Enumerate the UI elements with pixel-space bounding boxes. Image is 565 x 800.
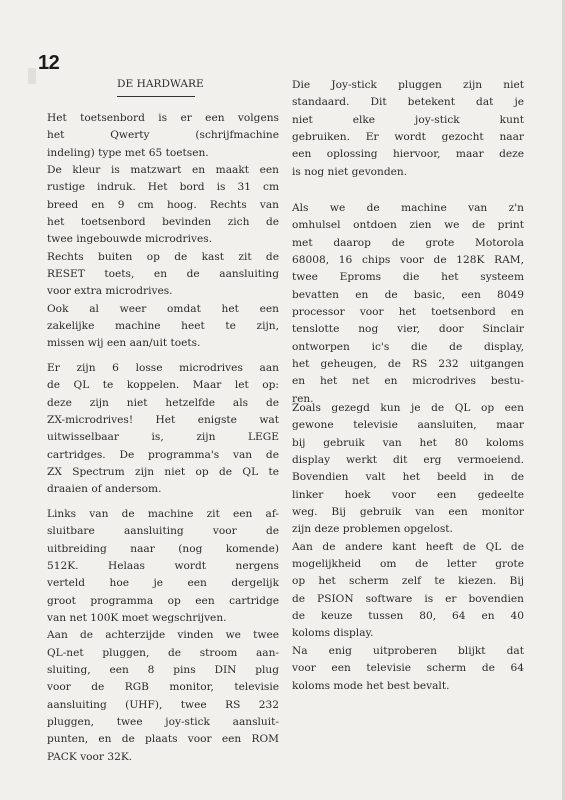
text-line: punten, en de plaats voor een ROM (47, 731, 279, 748)
text-line: twee ingebouwde microdrives. (47, 231, 279, 248)
text-line: aansluiting (UHF), twee RS 232 (47, 697, 279, 714)
paragraph-microdrives: Er zijn 6 losse microdrives aande QL te … (47, 360, 279, 499)
text-line: is nog niet gevonden. (292, 164, 524, 181)
text-line: sluitbare aansluiting voor de (47, 523, 279, 540)
paragraph-display: Zoals gezegd kun je de QL op eengewone t… (292, 400, 524, 695)
text-line: zakelijke machine heet te zijn, (47, 318, 279, 335)
paragraph-internals: Als we de machine van z'nomhulsel ontdoe… (292, 200, 524, 408)
text-line: met daarop de grote Motorola (292, 235, 524, 252)
text-line: het toetsenbord bevinden zich de (47, 214, 279, 231)
text-line: de PSION software is er bovendien (292, 591, 524, 608)
text-line: koloms mode het best bevalt. (292, 678, 524, 695)
text-line: voor de RGB monitor, televisie (47, 679, 279, 696)
text-line: Het toetsenbord is er een volgens (47, 110, 279, 127)
text-line: Links van de machine zit een af- (47, 506, 279, 523)
text-line: zijn deze problemen opgelost. (292, 521, 524, 538)
text-line: groot programma op een cartridge (47, 593, 279, 610)
text-line: linker hoek voor een gedeelte (292, 487, 524, 504)
paragraph-keyboard: Het toetsenbord is er een volgenshet Qwe… (47, 110, 279, 353)
text-line: gewone televisie aansluiten, maar (292, 417, 524, 434)
text-line: verteld hoe je een dergelijk (47, 575, 279, 592)
text-line: Aan de achterzijde vinden we twee (47, 627, 279, 644)
text-line: Na enig uitproberen blijkt dat (292, 643, 524, 660)
text-line: de QL te koppelen. Maar let op: (47, 377, 279, 394)
text-line: indeling) type met 65 toetsen. (47, 145, 279, 162)
text-line: sluiting, een 8 pins DIN plug (47, 662, 279, 679)
text-line: QL-net pluggen, de stroom aan- (47, 645, 279, 662)
text-line: Die Joy-stick pluggen zijn niet (292, 77, 524, 94)
text-line: en het net en microdrives bestu- (292, 373, 524, 390)
text-line: pluggen, twee joy-stick aansluit- (47, 714, 279, 731)
text-line: draaien of andersom. (47, 481, 279, 498)
text-line: 68008, 16 chips voor de 128K RAM, (292, 252, 524, 269)
text-line: standaard. Dit betekent dat je (292, 94, 524, 111)
page-number: 12 (38, 52, 59, 75)
scan-artifact (28, 68, 36, 84)
text-line: niet elke joy-stick kunt (292, 112, 524, 129)
text-line: processor voor het toetsenbord en (292, 304, 524, 321)
text-line: het Qwerty (schrijfmachine (47, 127, 279, 144)
text-line: het geheugen, de RS 232 uitgangen (292, 356, 524, 373)
text-line: breed en 9 cm hoog. Rechts van (47, 197, 279, 214)
text-line: Ook al weer omdat het een (47, 301, 279, 318)
text-line: uitbreiding naar (nog komende) (47, 541, 279, 558)
text-line: weg. Bij gebruik van een monitor (292, 504, 524, 521)
text-line: De kleur is matzwart en maakt een (47, 162, 279, 179)
text-line: deze zijn niet hetzelfde als de (47, 395, 279, 412)
text-line: Als we de machine van z'n (292, 200, 524, 217)
text-line: ZX-microdrives! Het enigste wat (47, 412, 279, 429)
text-line: Rechts buiten op de kast zit de (47, 249, 279, 266)
text-line: ontworpen ic's die de display, (292, 339, 524, 356)
text-line: tenslotte nog vier, door Sinclair (292, 321, 524, 338)
text-line: Zoals gezegd kun je de QL op een (292, 400, 524, 417)
text-line: de keuze tussen 80, 64 en 40 (292, 608, 524, 625)
text-line: 512K. Helaas wordt nergens (47, 558, 279, 575)
text-line: Bovendien valt het beeld in de (292, 469, 524, 486)
text-line: PACK voor 32K. (47, 749, 279, 766)
heading-underline (117, 96, 195, 97)
paragraph-connections: Links van de machine zit een af-sluitbar… (47, 506, 279, 766)
text-line: voor een televisie scherm de 64 (292, 660, 524, 677)
text-line: uitwisselbaar is, zijn LEGE (47, 429, 279, 446)
text-line: bij gebruik van het 80 koloms (292, 435, 524, 452)
text-line: gebruiken. Er wordt gezocht naar (292, 129, 524, 146)
text-line: cartridges. De programma's van de (47, 447, 279, 464)
text-line: rustige indruk. Het bord is 31 cm (47, 179, 279, 196)
text-line: twee Eproms die het systeem (292, 269, 524, 286)
text-line: koloms display. (292, 625, 524, 642)
text-line: een oplossing hiervoor, maar deze (292, 146, 524, 163)
text-line: ZX Spectrum zijn niet op de QL te (47, 464, 279, 481)
text-line: RESET toets, en de aansluiting (47, 266, 279, 283)
text-line: bevatten en de basic, een 8049 (292, 287, 524, 304)
text-line: display werkt dit erg vermoeiend. (292, 452, 524, 469)
text-line: Aan de andere kant heeft de QL de (292, 539, 524, 556)
section-heading: DE HARDWARE (117, 78, 204, 90)
text-line: voor extra microdrives. (47, 283, 279, 300)
text-line: van net 100K moet wegschrijven. (47, 610, 279, 627)
text-line: missen wij een aan/uit toets. (47, 335, 279, 352)
text-line: Er zijn 6 losse microdrives aan (47, 360, 279, 377)
text-line: omhulsel ontdoen zien we de print (292, 217, 524, 234)
text-line: op het scherm zelf te kiezen. Bij (292, 573, 524, 590)
text-line: mogelijkheid om de letter grote (292, 556, 524, 573)
paragraph-joystick: Die Joy-stick pluggen zijn nietstandaard… (292, 77, 524, 181)
